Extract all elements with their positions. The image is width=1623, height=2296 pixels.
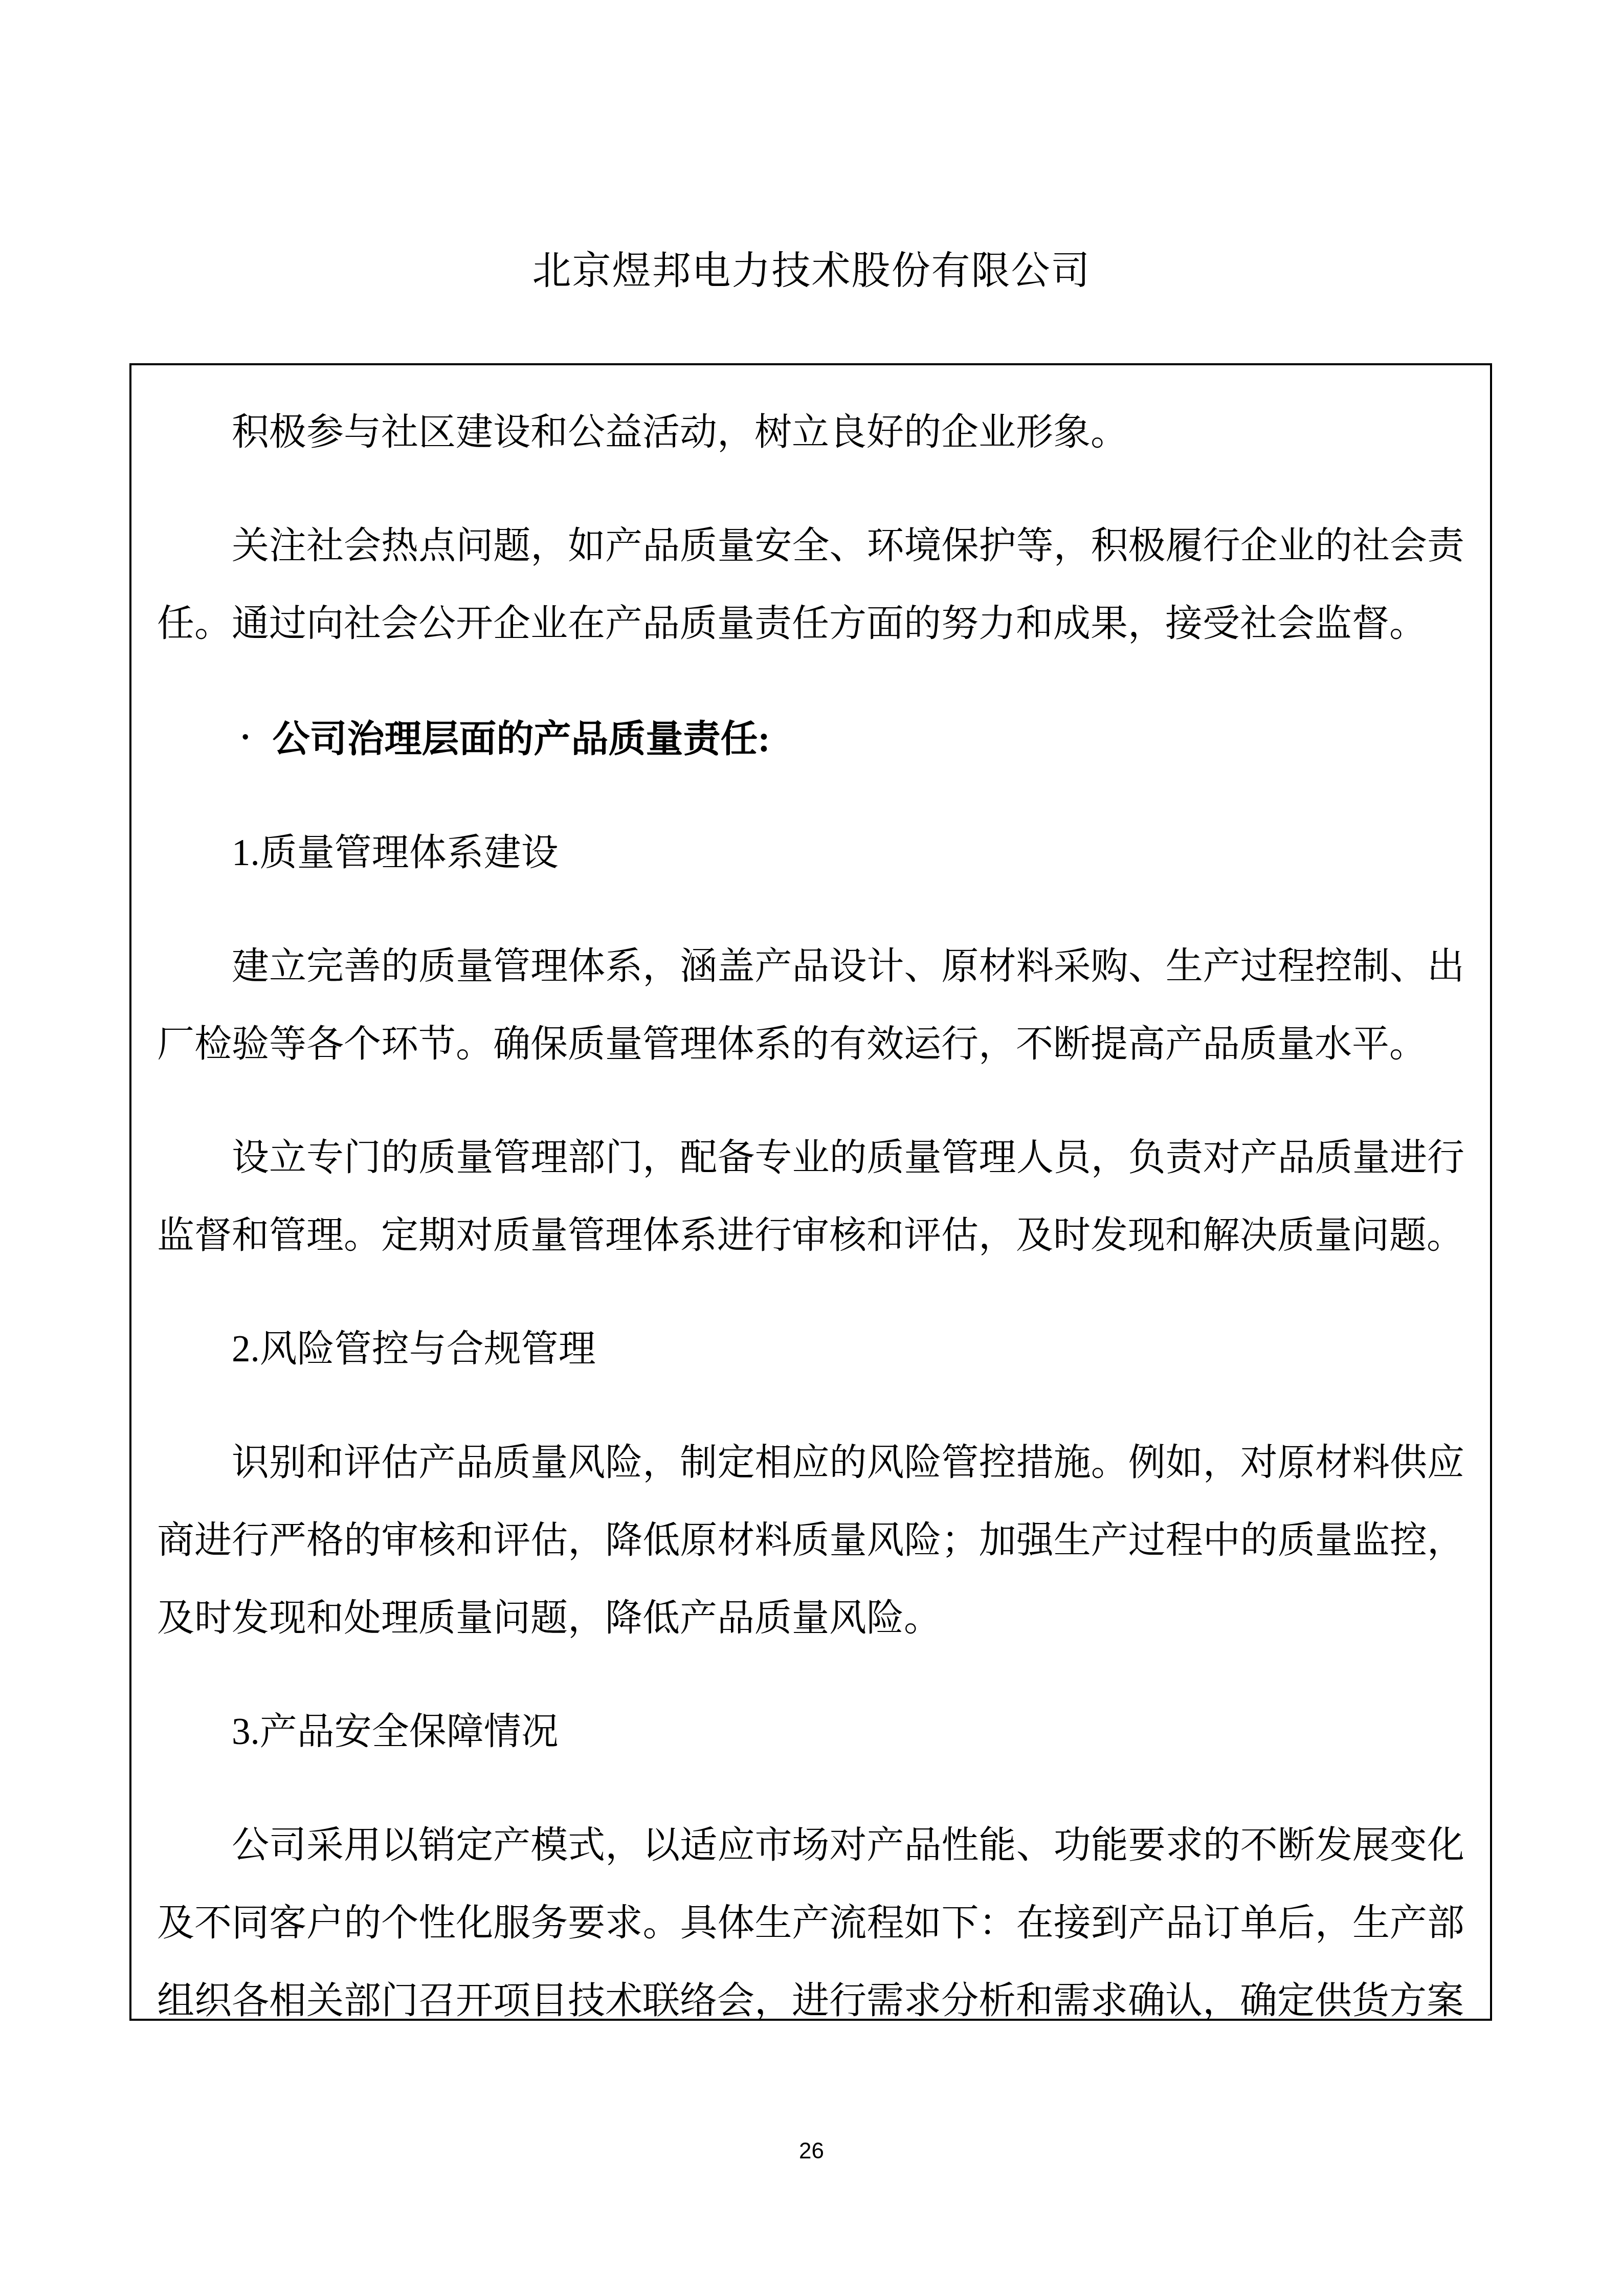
bullet-dot-icon: •: [241, 698, 249, 776]
section-heading: 3.产品安全保障情况: [157, 1693, 1464, 1771]
paragraph: 建立完善的质量管理体系，涵盖产品设计、原材料采购、生产过程控制、出厂检验等各个环…: [157, 928, 1464, 1083]
paragraph: 积极参与社区建设和公益活动，树立良好的企业形象。: [157, 393, 1464, 471]
document-title: 北京煜邦电力技术股份有限公司: [0, 0, 1623, 310]
bullet-item: •公司治理层面的产品质量责任:: [157, 698, 1464, 778]
section-heading: 2.风险管控与合规管理: [157, 1310, 1464, 1388]
content-border-box: 积极参与社区建设和公益活动，树立良好的企业形象。 关注社会热点问题，如产品质量安…: [129, 363, 1492, 2021]
section-heading: 1.质量管理体系建设: [157, 814, 1464, 892]
paragraph: 关注社会热点问题，如产品质量安全、环境保护等，积极履行企业的社会责任。通过向社会…: [157, 507, 1464, 663]
paragraph: 识别和评估产品质量风险，制定相应的风险管控措施。例如，对原材料供应商进行严格的审…: [157, 1424, 1464, 1657]
paragraph: 设立专门的质量管理部门，配备专业的质量管理人员，负责对产品质量进行监督和管理。定…: [157, 1119, 1464, 1274]
document-page: 北京煜邦电力技术股份有限公司 积极参与社区建设和公益活动，树立良好的企业形象。 …: [0, 0, 1623, 2296]
bullet-item-label: 公司治理层面的产品质量责任:: [272, 718, 770, 760]
paragraph: 公司采用以销定产模式，以适应市场对产品性能、功能要求的不断发展变化及不同客户的个…: [157, 1806, 1464, 2021]
page-number: 26: [0, 2136, 1623, 2167]
